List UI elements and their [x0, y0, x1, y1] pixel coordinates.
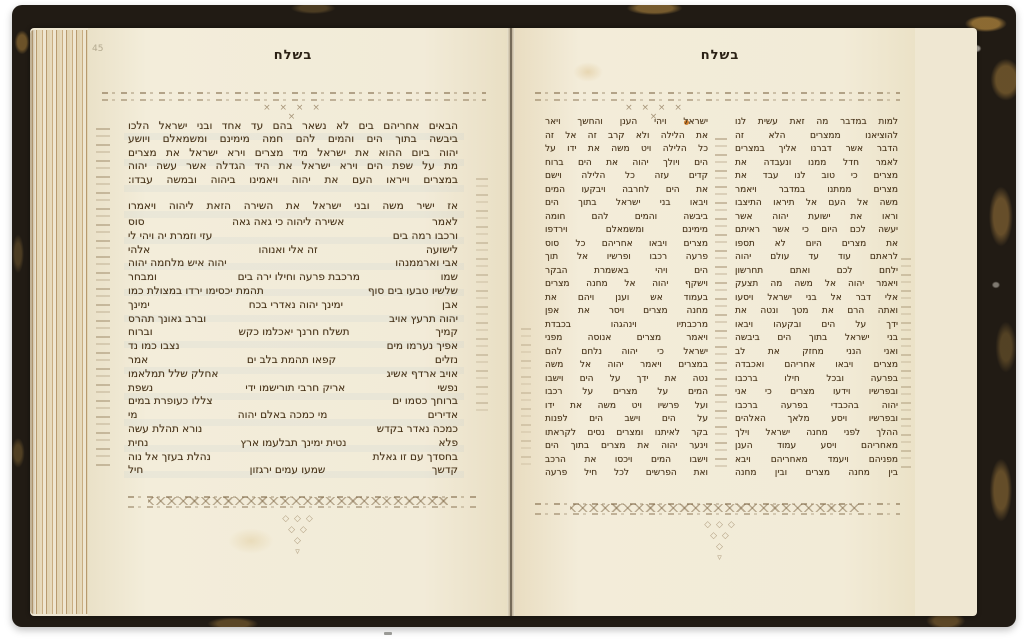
micrography-band-bottom-icon — [535, 513, 900, 515]
text-column-outer: למות במדבר מה זאת עשית לנולהוציאנו ממצרי… — [735, 116, 898, 481]
micrography-pendant-icon: ◇ ◇ ◇◇ ◇◇▿ — [258, 514, 338, 558]
song-segment: אפיך נערמו מים — [387, 340, 458, 354]
song-segment: תהמת יכסימו ירדו במצולת כמו — [128, 285, 264, 299]
text-line: ביבשה בתוך הים והמים להם חמה מימינם ומשמ… — [128, 133, 458, 146]
text-line: מצרים כי טוב לנו עבד את — [735, 170, 898, 184]
running-title-left: בשלח — [128, 48, 458, 63]
micrography-pendant-icon: ◇ ◇ ◇◇ ◇◇▿ — [680, 520, 760, 564]
text-line: קדים עזה כל הלילה וישם — [545, 170, 708, 184]
text-line: ההלך לפני מחנה ישראל וילך — [735, 427, 898, 441]
song-segment: יהוה תרעץ אויב — [389, 313, 458, 327]
text-line: מימינם ומשמאלם וירדפו — [545, 224, 708, 238]
song-segment: חיל — [128, 464, 143, 478]
text-line: בין מחנה מצרים ובין מחנה — [735, 467, 898, 481]
text-line: ואת הפרשים לכל חיל פרעה — [545, 467, 708, 481]
text-line: ידך על הים ובקעהו ויבאו — [735, 319, 898, 333]
song-segment: אלהי — [128, 244, 150, 258]
text-line: המים על מצרים על רכבו — [545, 386, 708, 400]
song-segment: אדירים — [428, 409, 458, 423]
song-line: אפיך נערמו מיםנצבו כמו נד — [128, 340, 458, 354]
song-segment: אמר — [128, 354, 148, 368]
text-line: מצרים ויבאו אחריהם ואכבדה — [735, 359, 898, 373]
song-line: יהוה תרעץ אויבוברב גאונך תהרס — [128, 313, 458, 327]
song-segment: זה אלי ואנוהו — [258, 244, 317, 258]
song-line: לאמראשירה ליהוה כי גאה גאהסוס — [128, 216, 458, 230]
song-line: שמומרכבת פרעה וחילו ירה ביםומבחר — [128, 271, 458, 285]
text-line: מרכבתיו וינהגהו בכבדת — [545, 319, 708, 333]
text-line: מאחריהם ויסע עמוד הענן — [735, 440, 898, 454]
song-segment: עזי וזמרת יה ויהי לי — [128, 230, 212, 244]
song-segment: סוס — [128, 216, 145, 230]
song-segment: נהלת בעזך אל נוה — [128, 451, 211, 465]
song-segment: נשפת — [128, 382, 153, 396]
song-segment: בחסדך עם זו גאלת — [373, 451, 458, 465]
song-line: אבןימינך יהוה נאדרי בכחימינך — [128, 299, 458, 313]
text-line: את הים לחרבה ויבקעו המים — [545, 184, 708, 198]
micrography-band-top-icon — [535, 99, 900, 101]
song-segment: נזלים — [435, 354, 458, 368]
masorah-notes-column-outer — [901, 258, 911, 468]
song-segment: אריק חרבי תורישמו ידי — [245, 382, 345, 396]
folio-number: 45 — [92, 44, 103, 54]
song-segment: מרכבת פרעה וחילו ירה בים — [238, 271, 360, 285]
micrography-band-top-icon — [102, 99, 486, 101]
text-line: להוציאנו ממצרים הלא זה — [735, 130, 898, 144]
text-column-inner: ישראל ויהי הענן והחשך ויאראת הלילה ולא ק… — [545, 116, 708, 481]
song-segment: אשירה ליהוה כי גאה גאה — [232, 216, 344, 230]
song-segment: וברב גאונך תהרס — [128, 313, 206, 327]
text-line: וראו את ישועת יהוה אשר — [735, 211, 898, 225]
text-line: יהוה בהכבדי בפרעה ברכבו — [735, 400, 898, 414]
song-of-the-sea-block: לאמראשירה ליהוה כי גאה גאהסוסורכבו רמה ב… — [128, 216, 458, 478]
text-line: במצרים וייראו העם את יהוה ויאמינו ביהוה … — [128, 174, 458, 187]
micrography-band-top-icon — [535, 92, 900, 94]
page-stack-fore-edge-right — [915, 30, 977, 614]
masorah-notes-column-inner — [476, 178, 488, 418]
text-line: יהוה ביום ההוא את ישראל מיד מצרים וירא י… — [128, 147, 458, 160]
song-segment: שמו — [441, 271, 458, 285]
text-line: מחנה מצרים ויסר את אפן — [545, 305, 708, 319]
manuscript-page-left: 45 בשלח × × × ×× הבאים אחריהם בים לא נשא… — [88, 28, 507, 616]
text-line: ילחם לכם ואתם תחרשון — [735, 265, 898, 279]
text-line: ועל פרשיו ויט משה את ידו — [545, 400, 708, 414]
song-segment: צללו כעופרת במים — [128, 395, 213, 409]
song-segment: ימינך — [128, 299, 150, 313]
song-line: קדשךשמעו עמים ירגזוןחיל — [128, 464, 458, 478]
text-line: וינער יהוה את מצרים בתוך הים — [545, 440, 708, 454]
song-segment: כמכה נאדר בקדש — [377, 423, 458, 437]
song-segment: תשלח חרנך יאכלמו כקש — [238, 326, 349, 340]
song-segment: ומבחר — [128, 271, 157, 285]
text-line: ויאמר יהוה אל משה מה תצעק — [735, 278, 898, 292]
song-line: שלשיו טבעו בים סוףתהמת יכסימו ירדו במצול… — [128, 285, 458, 299]
song-segment: ברוחך כסמו ים — [392, 395, 458, 409]
pendant-row: ▿ — [258, 547, 338, 558]
masorah-notes-column-center — [715, 138, 727, 468]
text-line: משה אל העם אל תיראו התיצבו — [735, 197, 898, 211]
page-stack-fore-edge-left — [30, 30, 88, 614]
text-line: ביבשה והמים להם חומה — [545, 211, 708, 225]
text-line: לראתם עוד עד עולם יהוה — [735, 251, 898, 265]
song-segment: ימינך יהוה נאדרי בכח — [249, 299, 343, 313]
song-line: בחסדך עם זו גאלתנהלת בעזך אל נוה — [128, 451, 458, 465]
micrography-zigzag-icon — [148, 497, 448, 505]
song-segment: אבן — [442, 299, 458, 313]
text-line: הבאים אחריהם בים לא נשאר בהם עד אחד ובני… — [128, 120, 458, 133]
text-line: למות במדבר מה זאת עשית לנו — [735, 116, 898, 130]
text-line: נטה את ידך על הים וישבו — [545, 373, 708, 387]
text-line: מת על שפת הים וירא ישראל את היד הגדלה אש… — [128, 160, 458, 173]
pendant-row: ◇ ◇ — [680, 531, 760, 542]
text-line: מצרים ויבאו אחריהם כל סוס — [545, 238, 708, 252]
song-segment: פלא — [438, 437, 458, 451]
text-line: לאמר חדל ממנו ונעבדה את — [735, 157, 898, 171]
pendant-row: ▿ — [680, 553, 760, 564]
text-line: בקר לאיתנו ומצרים נסים לקראתו — [545, 427, 708, 441]
text-line: את מצרים היום לא תספו — [735, 238, 898, 252]
prose-block-exodus14: הבאים אחריהם בים לא נשאר בהם עד אחד ובני… — [128, 120, 458, 187]
text-line: ובפרשיו ויסע מלאך האלהים — [735, 413, 898, 427]
song-segment: אויב ארדף אשיג — [386, 368, 458, 382]
song-line: אבי וארממנהויהוה איש מלחמה יהוה — [128, 257, 458, 271]
text-line: פרעה רכבו ופרשיו אל תוך — [545, 251, 708, 265]
song-segment: נטית ימינך תבלעמו ארץ — [240, 437, 346, 451]
text-line: על הים וישב הים לפנות — [545, 413, 708, 427]
micrography-band-bottom-icon — [128, 506, 478, 508]
pendant-row: ◇ — [680, 542, 760, 553]
text-line: ויבאו בני ישראל בתוך הים — [545, 197, 708, 211]
masorah-notes-column-outer — [96, 128, 110, 468]
song-line: פלאנטית ימינך תבלעמו ארץנחית — [128, 437, 458, 451]
song-segment: קמיך — [435, 326, 458, 340]
micrography-zigzag-icon — [570, 504, 860, 512]
pendant-row: ◇ — [258, 536, 338, 547]
song-segment: שלשיו טבעו בים סוף — [368, 285, 458, 299]
photo-artifact-mark — [384, 632, 392, 635]
song-line: אדיריםמי כמכה באלם יהוהמי — [128, 409, 458, 423]
text-line: במצרים ויאמר יהוה אל משה — [545, 359, 708, 373]
song-line: ברוחך כסמו יםצללו כעופרת במים — [128, 395, 458, 409]
pendant-row: ◇ ◇ ◇ — [258, 514, 338, 525]
book-gutter — [507, 28, 515, 616]
song-segment: שמעו עמים ירגזון — [250, 464, 326, 478]
text-line: כל הלילה ויט משה את ידו על — [545, 143, 708, 157]
song-segment: נורא תהלת עשה — [128, 423, 202, 437]
running-title-right: בשלח — [635, 48, 805, 63]
song-segment: אחלק שלל תמלאמו — [128, 368, 218, 382]
text-line: את הלילה ולא קרב זה אל זה — [545, 130, 708, 144]
text-line: מצרים ממתנו במדבר ויאמר — [735, 184, 898, 198]
text-line: וישבו המים ויכסו את הרכב — [545, 454, 708, 468]
text-line: יעשה לכם היום כי אשר ראיתם — [735, 224, 898, 238]
song-line: ורכבו רמה ביםעזי וזמרת יה ויהי לי — [128, 230, 458, 244]
song-segment: לאמר — [432, 216, 458, 230]
text-line: וישקף יהוה אל מחנה מצרים — [545, 278, 708, 292]
song-segment: נחית — [128, 437, 148, 451]
text-line: הים ויהי באשמרת הבקר — [545, 265, 708, 279]
text-line: מפניהם ויעמד מאחריהם ויבא — [735, 454, 898, 468]
pendant-row: ◇ ◇ ◇ — [680, 520, 760, 531]
song-segment: מי כמכה באלם יהוה — [238, 409, 328, 423]
song-line: קמיךתשלח חרנך יאכלמו כקשוברוח — [128, 326, 458, 340]
text-line: בפרעה ובכל חילו ברכבו — [735, 373, 898, 387]
text-line: הים ויולך יהוה את הים ברוח — [545, 157, 708, 171]
text-line: ישראל כי יהוה נלחם להם — [545, 346, 708, 360]
song-segment: נצבו כמו נד — [128, 340, 180, 354]
song-line: כמכה נאדר בקדשנורא תהלת עשה — [128, 423, 458, 437]
text-line: הדבר אשר דברנו אליך במצרים — [735, 143, 898, 157]
song-segment: וברוח — [128, 326, 153, 340]
text-line: ויאמר מצרים אנוסה מפני — [545, 332, 708, 346]
song-segment: נפשי — [437, 382, 458, 396]
song-line: נפשיאריק חרבי תורישמו ידינשפת — [128, 382, 458, 396]
text-line: ובפרשיו וידעו מצרים כי אני — [735, 386, 898, 400]
text-line: בני ישראל בתוך הים ביבשה — [735, 332, 898, 346]
song-line: נזליםקפאו תהמת בלב יםאמר — [128, 354, 458, 368]
song-line: אויב ארדף אשיגאחלק שלל תמלאמו — [128, 368, 458, 382]
song-segment: ורכבו רמה בים — [393, 230, 458, 244]
song-segment: מי — [128, 409, 137, 423]
text-line: אלי דבר אל בני ישראל ויסעו — [735, 292, 898, 306]
song-opening-line: אז ישיר משה ובני ישראל את השירה הזאת ליה… — [128, 200, 458, 213]
parchment-stain — [573, 62, 603, 82]
open-page-spread: 45 בשלח × × × ×× הבאים אחריהם בים לא נשא… — [30, 28, 977, 616]
song-line: לישועהזה אלי ואנוהואלהי — [128, 244, 458, 258]
song-segment: קדשך — [432, 464, 458, 478]
text-line: ואתה הרם את מטך ונטה את — [735, 305, 898, 319]
text-line: ואני הנני מחזק את לב — [735, 346, 898, 360]
song-segment: יהוה איש מלחמה יהוה — [128, 257, 227, 271]
manuscript-page-right: בשלח × × × ×× ישראל ויהי הענן והחשך ויאר… — [515, 28, 915, 616]
masorah-notes-column-inner — [521, 328, 531, 468]
micrography-band-top-icon — [102, 92, 486, 94]
pendant-row: ◇ ◇ — [258, 525, 338, 536]
text-line: ישראל ויהי הענן והחשך ויאר — [545, 116, 708, 130]
song-segment: קפאו תהמת בלב ים — [247, 354, 336, 368]
text-line: בעמוד אש וענן ויהם את — [545, 292, 708, 306]
song-segment: לישועה — [426, 244, 458, 258]
song-segment: אבי וארממנהו — [395, 257, 458, 271]
